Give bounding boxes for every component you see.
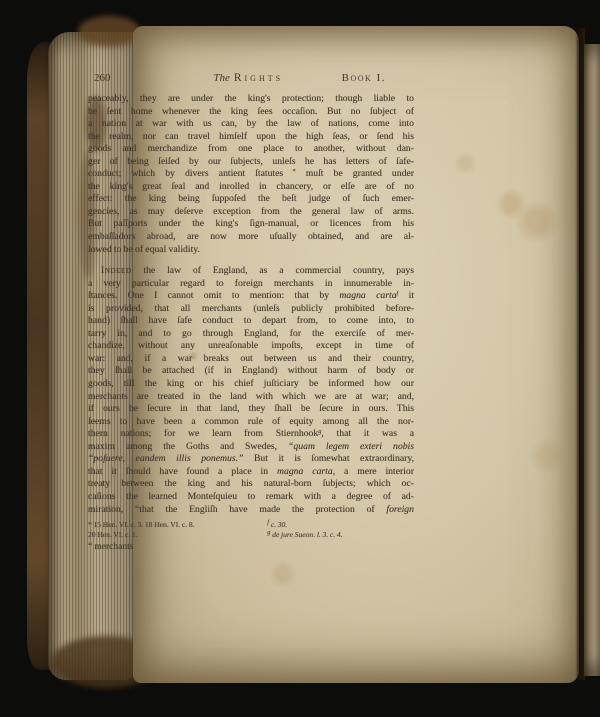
text-segment: 20 Hen. VI. c. 1. bbox=[88, 530, 138, 539]
footnote-line: f c. 30. bbox=[267, 520, 414, 530]
body-line: goods, till the king or his chief juſtic… bbox=[88, 378, 414, 391]
scanned-book-photo: 260 TheRights Book I. peaceably, they ar… bbox=[0, 0, 600, 717]
body-line: ger of being ſeiſed by our ſubjects, unl… bbox=[88, 156, 414, 169]
paragraph: peaceably, they are under the king's pro… bbox=[88, 93, 414, 256]
text-segment: it bbox=[398, 290, 414, 301]
text-segment: ger of being ſeiſed by our ſubjects, unl… bbox=[88, 156, 414, 167]
text-segment: g bbox=[267, 529, 270, 536]
body-line: if ours be ſecure in that land, they ſha… bbox=[88, 403, 414, 416]
text-segment: treaty between the king and his natural-… bbox=[88, 478, 414, 489]
body-line: “poſuere, eandem illis ponemus.” But it … bbox=[88, 453, 414, 466]
body-line: chandize, without any unreaſonable impoſ… bbox=[88, 340, 414, 353]
body-line: be ſent home whenever the king ſees occa… bbox=[88, 106, 414, 119]
text-segment: conduct; which by divers antient ſtatute… bbox=[88, 168, 283, 179]
text-segment: “poſuere, eandem illis ponemus.” bbox=[88, 453, 243, 464]
paragraph: Indeed the law of England, as a commerci… bbox=[88, 265, 414, 516]
text-segment: a nation at war with us can, by the law … bbox=[88, 118, 414, 129]
text-segment: tarry in, and to go through England, for… bbox=[88, 328, 414, 339]
body-text: peaceably, they are under the king's pro… bbox=[88, 93, 414, 516]
body-line: peaceably, they are under the king's pro… bbox=[88, 93, 414, 106]
footnote-line: g de jure Sueon. l. 3. c. 4. bbox=[267, 530, 414, 540]
text-segment: Indeed bbox=[101, 265, 132, 276]
text-segment: gencies, as may deſerve exception from t… bbox=[88, 206, 414, 217]
body-line: goods and merchandize from one place to … bbox=[88, 143, 414, 156]
text-segment: * bbox=[283, 168, 295, 175]
text-segment: But paſſports under the king's ſign-manu… bbox=[88, 218, 414, 229]
body-line: tarry in, and to go through England, for… bbox=[88, 328, 414, 341]
text-segment: f bbox=[267, 519, 269, 526]
text-segment: is provided, that all merchants (unleſs … bbox=[88, 303, 414, 314]
body-line: lowed to be of equal validity. bbox=[88, 244, 414, 257]
body-line: the realm, nor can travel himſelf upon t… bbox=[88, 131, 414, 144]
text-segment: the king's great ſeal and inrolled in ch… bbox=[88, 181, 414, 192]
text-segment: that it ſhould have found a place in bbox=[88, 466, 277, 477]
text-segment: effect: the king being ſuppoſed the beſt… bbox=[88, 193, 414, 204]
text-segment: ſtances. One I cannot omit to mention: t… bbox=[88, 290, 339, 301]
body-line: the king's great ſeal and inrolled in ch… bbox=[88, 181, 414, 194]
body-line: war: and, if a war breaks out between us… bbox=[88, 353, 414, 366]
text-column: peaceably, they are under the king's pro… bbox=[88, 93, 414, 553]
text-segment: ſeems to have been a common rule of equi… bbox=[88, 416, 414, 427]
body-line: treaty between the king and his natural-… bbox=[88, 478, 414, 491]
text-segment: c. 30. bbox=[271, 520, 287, 529]
text-segment: they ſhall be attached (if in England) w… bbox=[88, 365, 414, 376]
text-segment: chandize, without any unreaſonable impoſ… bbox=[88, 340, 414, 351]
body-line: thern nations; for we learn from Stiernh… bbox=[88, 428, 414, 441]
body-line: gencies, as may deſerve exception from t… bbox=[88, 206, 414, 219]
body-line: miration, “that the Engliſh have made th… bbox=[88, 504, 414, 517]
body-line: that it ſhould have found a place in mag… bbox=[88, 466, 414, 479]
body-line: conduct; which by divers antient ſtatute… bbox=[88, 168, 414, 181]
footnote-left-column: * 15 Hen. VI. c. 3. 18 Hen. VI. c. 8.20 … bbox=[88, 520, 267, 540]
text-segment: hand) ſhall have ſafe conduct to depart … bbox=[88, 315, 414, 326]
text-segment: the realm, nor can travel himſelf upon t… bbox=[88, 131, 414, 142]
text-segment: magna carta bbox=[277, 466, 333, 477]
text-segment: war: and, if a war breaks out between us… bbox=[88, 353, 414, 364]
text-segment: , that it was a bbox=[321, 428, 414, 439]
catchword: “ merchants bbox=[88, 541, 414, 554]
footnote-right-column: f c. 30.g de jure Sueon. l. 3. c. 4. bbox=[267, 520, 414, 540]
text-segment: maxim among the Goths and Swedes, bbox=[88, 441, 288, 452]
text-segment: But it is ſomewhat extraordinary, bbox=[243, 453, 414, 464]
text-segment: a very particular regard to foreign merc… bbox=[88, 278, 414, 289]
text-segment: goods, till the king or his chief juſtic… bbox=[88, 378, 414, 389]
body-line: ſeems to have been a common rule of equi… bbox=[88, 416, 414, 429]
footnote-line: 20 Hen. VI. c. 1. bbox=[88, 530, 267, 540]
running-header: 260 TheRights Book I. bbox=[88, 72, 414, 87]
text-segment: “ merchants bbox=[88, 542, 133, 552]
facing-page-sliver bbox=[584, 44, 600, 676]
text-segment: magna carta bbox=[339, 290, 396, 301]
book-label: Book I. bbox=[342, 72, 386, 84]
body-line: maxim among the Goths and Swedes, “quam … bbox=[88, 441, 414, 454]
text-segment: if ours be ſecure in that land, they ſha… bbox=[88, 403, 414, 414]
text-segment: “quam legem exteri nobis bbox=[288, 441, 414, 452]
body-line: Indeed the law of England, as a commerci… bbox=[88, 265, 414, 278]
text-segment: * 15 Hen. VI. c. 3. 18 Hen. VI. c. 8. bbox=[88, 520, 195, 529]
body-line: merchants are treated in the land with w… bbox=[88, 391, 414, 404]
body-line: is provided, that all merchants (unleſs … bbox=[88, 303, 414, 316]
footnote-section: * 15 Hen. VI. c. 3. 18 Hen. VI. c. 8.20 … bbox=[88, 520, 414, 540]
catchword-text: “ merchants bbox=[88, 541, 400, 554]
text-segment: miration, “that the Engliſh have made th… bbox=[88, 504, 386, 515]
text-segment: muſt be granted under bbox=[296, 168, 414, 179]
body-line: a nation at war with us can, by the law … bbox=[88, 118, 414, 131]
body-line: they ſhall be attached (if in England) w… bbox=[88, 365, 414, 378]
body-line: caſions the learned Monteſquieu to remar… bbox=[88, 491, 414, 504]
body-line: hand) ſhall have ſafe conduct to depart … bbox=[88, 315, 414, 328]
text-segment: caſions the learned Monteſquieu to remar… bbox=[88, 491, 414, 502]
text-segment: goods and merchandize from one place to … bbox=[88, 143, 414, 154]
text-segment: g bbox=[318, 428, 321, 435]
text-segment: the law of England, as a commercial coun… bbox=[132, 265, 414, 276]
worn-corner-top bbox=[78, 16, 140, 46]
text-segment: lowed to be of equal validity. bbox=[88, 244, 200, 255]
body-line: effect: the king being ſuppoſed the beſt… bbox=[88, 193, 414, 206]
text-segment: merchants are treated in the land with w… bbox=[88, 391, 414, 402]
text-segment: be ſent home whenever the king ſees occa… bbox=[88, 106, 414, 117]
footnote-line: * 15 Hen. VI. c. 3. 18 Hen. VI. c. 8. bbox=[88, 520, 267, 530]
body-line: ſtances. One I cannot omit to mention: t… bbox=[88, 290, 414, 303]
text-segment: de jure Sueon. l. 3. c. 4. bbox=[272, 530, 342, 539]
text-segment: embaſſadors abroad, are now more uſually… bbox=[88, 231, 414, 242]
text-segment: thern nations; for we learn from Stiernh… bbox=[88, 428, 318, 439]
title-rights: Rights bbox=[234, 72, 283, 84]
page-number: 260 bbox=[94, 72, 111, 84]
body-line: But paſſports under the king's ſign-manu… bbox=[88, 218, 414, 231]
text-segment: foreign bbox=[386, 504, 414, 515]
text-segment: , a mere interior bbox=[333, 466, 414, 477]
text-segment: peaceably, they are under the king's pro… bbox=[88, 93, 414, 104]
body-line: a very particular regard to foreign merc… bbox=[88, 278, 414, 291]
body-line: embaſſadors abroad, are now more uſually… bbox=[88, 231, 414, 244]
title-the: The bbox=[213, 72, 230, 84]
running-title: TheRights bbox=[213, 72, 283, 84]
